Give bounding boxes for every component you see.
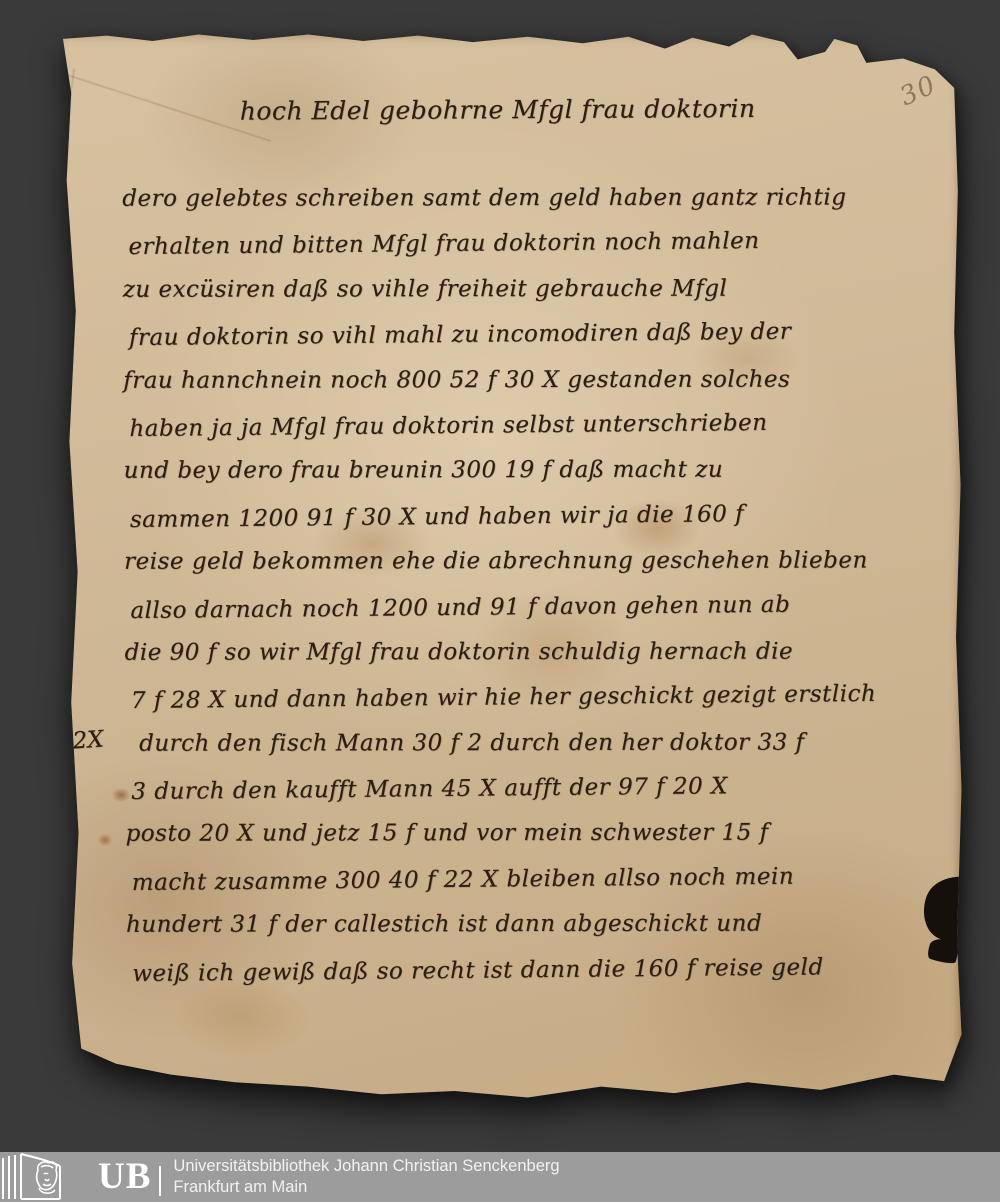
manuscript-line: erhalten und bitten Mfgl frau doktorin n… — [128, 217, 967, 270]
paper-stain — [98, 834, 112, 846]
paper-crease — [51, 69, 75, 228]
library-location: Frankfurt am Main — [173, 1177, 559, 1198]
handwritten-text-block: hoch Edel gebohrne Mfgl frau doktorin de… — [122, 78, 972, 995]
ink-blot-drip — [954, 937, 992, 982]
library-footer-bar: UB Universitätsbibliothek Johann Christi… — [0, 1152, 1000, 1202]
logo-ub-text: UB — [98, 1152, 151, 1202]
manuscript-line: und bey dero frau breunin 300 19 f daß m… — [124, 448, 969, 495]
library-name-block: Universitätsbibliothek Johann Christian … — [173, 1156, 559, 1198]
manuscript-line: zu excüsiren daß so vihle freiheit gebra… — [123, 266, 968, 313]
manuscript-line: reise geld bekommen ehe die abrechnung g… — [124, 538, 969, 585]
manuscript-line: sammen 1200 91 f 30 X und haben wir ja d… — [130, 490, 969, 543]
document-viewer: 30 hoch Edel gebohrne Mfgl frau doktorin… — [0, 0, 1000, 1202]
manuscript-line: posto 20 X und jetz 15 f und vor mein sc… — [126, 811, 971, 858]
manuscript-line: 7 f 28 X und dann haben wir hie her gesc… — [131, 671, 970, 724]
manuscript-line: haben ja ja Mfgl frau doktorin selbst un… — [129, 399, 968, 452]
manuscript-line: die 90 f so wir Mfgl frau doktorin schul… — [125, 629, 970, 676]
manuscript-line: durch den fisch Mann 30 f 2 durch den he… — [139, 720, 970, 767]
manuscript-line: 3 durch den kaufft Mann 45 X aufft der 9… — [131, 762, 970, 815]
manuscript-line: allso darnach noch 1200 und 91 f davon g… — [130, 580, 969, 633]
library-logo: UB — [0, 1152, 173, 1202]
manuscript-heading: hoch Edel gebohrne Mfgl frau doktorin — [240, 78, 967, 178]
manuscript-line: hundert 31 f der callestich ist dann abg… — [126, 902, 971, 949]
manuscript-line: weiß ich gewiß daß so recht ist dann die… — [132, 944, 971, 997]
manuscript-line: frau doktorin so vihl mahl zu incomodire… — [129, 308, 968, 361]
manuscript-line: frau hannchnein noch 800 52 f 30 X gesta… — [123, 357, 968, 404]
manuscript-page: 30 hoch Edel gebohrne Mfgl frau doktorin… — [52, 28, 967, 1116]
manuscript-line: macht zusamme 300 40 f 22 X bleiben alls… — [132, 853, 971, 906]
manuscript-line: dero gelebtes schreiben samt dem geld ha… — [122, 175, 967, 222]
logo-divider — [159, 1166, 161, 1196]
manuscript-sheet-wrap: 30 hoch Edel gebohrne Mfgl frau doktorin… — [52, 28, 967, 1116]
logo-pages-portrait-icon — [0, 1152, 96, 1202]
library-name: Universitätsbibliothek Johann Christian … — [173, 1156, 559, 1177]
margin-note: 52X — [57, 726, 104, 755]
